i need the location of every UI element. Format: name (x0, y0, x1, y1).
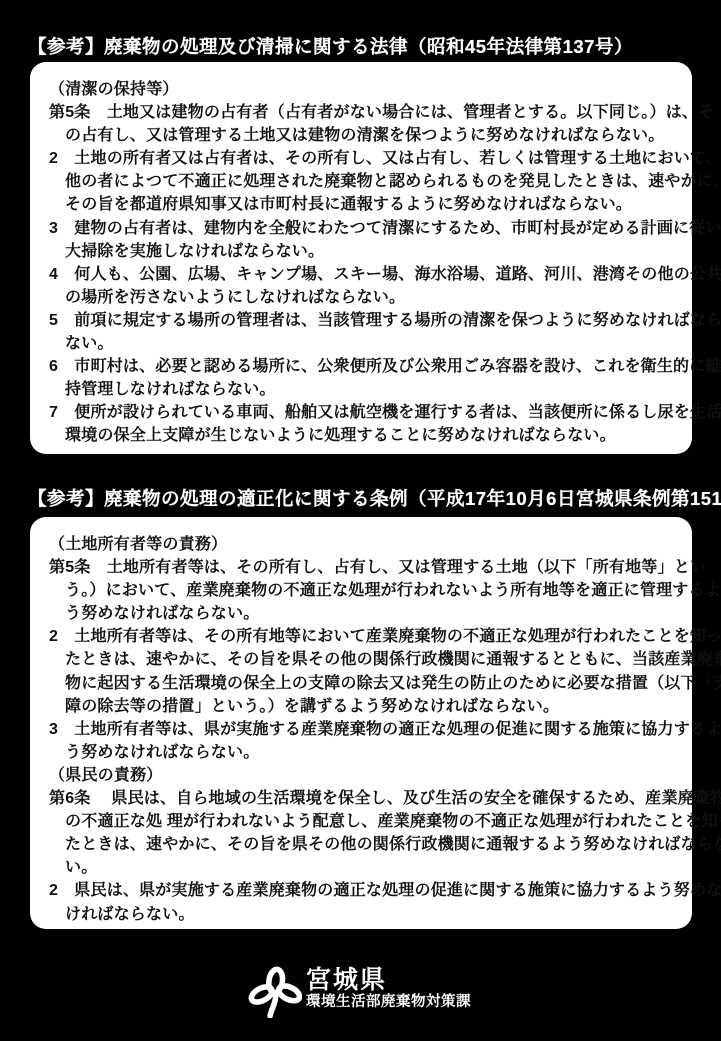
text-line: 物に起因する生活環境の保全上の支障の除去又は発生の防止のために必要な措置（以下「… (49, 672, 674, 695)
text-line: 2 県民は、県が実施する産業廃棄物の適正な処理の促進に関する施策に協力するよう努… (49, 879, 674, 902)
page-background: { "colors": { "page_background": "#00000… (0, 0, 721, 1041)
text-line: う努めなければならない。 (49, 741, 674, 764)
text-line: たときは、速やかに、その旨を県その他の関係行政機関に通報するよう努めなければなら… (49, 833, 674, 856)
text-line: 障の除去等の措置」という。）を講ずるよう努めなければならない。 (49, 695, 674, 718)
law-reference-title: 【参考】廃棄物の処理及び清掃に関する法律（昭和45年法律第137号） (28, 33, 708, 59)
text-line: 7 便所が設けられている車両、船舶又は航空機を運行する者は、当該便所に係るし尿を… (49, 401, 674, 424)
text-line: 4 何人も、公園、広場、キャンプ場、スキー場、海水浴場、道路、河川、港湾その他の… (49, 263, 674, 286)
text-line: ければならない。 (49, 903, 674, 926)
text-line: たときは、速やかに、その旨を県その他の関係行政機関に通報するとともに、当該産業廃… (49, 648, 674, 671)
law-text-box: （清潔の保持等）第5条 土地又は建物の占有者（占有者がない場合には、管理者とする… (30, 62, 692, 454)
text-line: 持管理しなければならない。 (49, 378, 674, 401)
org-block: 宮城県 環境生活部廃棄物対策課 (306, 966, 471, 1011)
text-line: の不適正な処 理が行われないよう配意し、産業廃棄物の不適正な処理が行われたことを… (49, 810, 674, 833)
text-line: （土地所有者等の責務） (49, 533, 674, 556)
text-line: 3 土地所有者等は、県が実施する産業廃棄物の適正な処理の促進に関する施策に協力す… (49, 718, 674, 741)
text-line: う努めなければならない。 (49, 602, 674, 625)
text-line: 環境の保全上支障が生じないように処理することに努めなければならない。 (49, 424, 674, 447)
text-line: 大掃除を実施しなければならない。 (49, 240, 674, 263)
ordinance-text-box: （土地所有者等の責務）第5条 土地所有者等は、その所有し、占有し、又は管理する土… (30, 517, 692, 929)
text-line: ない。 (49, 332, 674, 355)
text-line: 2 土地の所有者又は占有者は、その所有し、又は占有し、若しくは管理する土地におい… (49, 147, 674, 170)
ordinance-text-lines: （土地所有者等の責務）第5条 土地所有者等は、その所有し、占有し、又は管理する土… (49, 533, 674, 926)
text-line: （県民の責務） (49, 764, 674, 787)
text-line: その旨を都道府県知事又は市町村長に通報するように努めなければならない。 (49, 193, 674, 216)
text-line: の場所を汚さないようにしなければならない。 (49, 286, 674, 309)
text-line: 第5条 土地所有者等は、その所有し、占有し、又は管理する土地（以下「所有地等」と… (49, 556, 674, 579)
text-line: （清潔の保持等） (49, 78, 674, 101)
text-line: 第6条 県民は、自ら地域の生活環境を保全し、及び生活の安全を確保するため、産業廃… (49, 787, 674, 810)
text-line: 6 市町村は、必要と認める場所に、公衆便所及び公衆用ごみ容器を設け、これを衛生的… (49, 355, 674, 378)
text-line: 3 建物の占有者は、建物内を全般にわたつて清潔にするため、市町村長が定める計画に… (49, 217, 674, 240)
text-line: 他の者によつて不適正に処理された廃棄物と認められるものを発見したときは、速やかに… (49, 170, 674, 193)
department-name: 環境生活部廃棄物対策課 (306, 994, 471, 1011)
law-text-lines: （清潔の保持等）第5条 土地又は建物の占有者（占有者がない場合には、管理者とする… (49, 78, 674, 448)
text-line: う。）において、産業廃棄物の不適正な処理が行われないよう所有地等を適正に管理する… (49, 579, 674, 602)
text-line: の占有し、又は管理する土地又は建物の清潔を保つように努めなければならない。 (49, 124, 674, 147)
text-line: 2 土地所有者等は、その所有地等において産業廃棄物の不適正な処理が行われたことを… (49, 625, 674, 648)
ordinance-reference-title: 【参考】廃棄物の処理の適正化に関する条例（平成17年10月6日宮城県条例第151… (28, 485, 708, 511)
text-line: 第5条 土地又は建物の占有者（占有者がない場合には、管理者とする。以下同じ。）は… (49, 101, 674, 124)
text-line: 5 前項に規定する場所の管理者は、当該管理する場所の清潔を保つように努めなければ… (49, 309, 674, 332)
text-line: い。 (49, 856, 674, 879)
prefecture-name: 宮城県 (306, 966, 471, 994)
miyagi-prefecture-emblem-icon (246, 962, 302, 1018)
footer: 宮城県 環境生活部廃棄物対策課 (0, 958, 721, 1028)
